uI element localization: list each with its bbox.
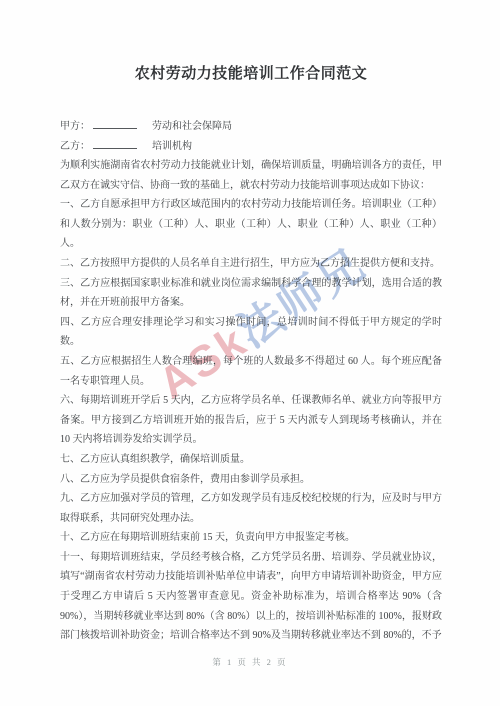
contract-clause-10: 十、乙方应在每期培训班结束前 15 天，负责向甲方申报鉴定考核。 <box>60 528 442 548</box>
contract-clause-9: 九、乙方应加强对学员的管理，乙方如发现学员有违反校纪校规的行为，应及时与甲方取得… <box>60 489 442 528</box>
party-a-row: 甲方：劳动和社会保障局 <box>60 117 442 137</box>
party-b-blank-line <box>93 138 137 149</box>
party-b-label: 乙方： <box>60 141 90 152</box>
party-a-blank-line <box>93 118 137 129</box>
document-title: 农村劳动力技能培训工作合同范文 <box>60 64 442 84</box>
contract-clause-1: 一、乙方自愿承担甲方行政区域范围内的农村劳动力技能培训任务。培训职业（工种）和人… <box>60 195 442 254</box>
contract-preamble: 为顺利实施湖南省农村劳动力技能就业计划，确保培训质量，明确培训各方的责任，甲乙双… <box>60 156 442 195</box>
contract-clause-5: 五、乙方应根据招生人数合理编班，每个班的人数最多不得超过 60 人。每个班应配备… <box>60 352 442 391</box>
contract-body: 为顺利实施湖南省农村劳动力技能就业计划，确保培训质量，明确培训各方的责任，甲乙双… <box>60 156 442 646</box>
party-a-label: 甲方： <box>60 121 90 132</box>
party-a-value: 劳动和社会保障局 <box>152 121 232 132</box>
contract-clause-3: 三、乙方应根据国家职业标准和就业岗位需求编制科学合理的教学计划，选用合适的教材，… <box>60 274 442 313</box>
contract-clause-6: 六、每期培训班开学后 5 天内，乙方应将学员名单、任课教师名单、就业方向等报甲方… <box>60 391 442 450</box>
party-b-row: 乙方：培训机构 <box>60 137 442 157</box>
contract-clause-7: 七、乙方应认真组织教学，确保培训质量。 <box>60 450 442 470</box>
page-number-footer: 第 1 页 共 2 页 <box>0 656 500 668</box>
contract-clause-8: 八、乙方应为学员提供食宿条件，费用由参训学员承担。 <box>60 470 442 490</box>
contract-clause-11: 十一、每期培训班结束，学员经考核合格，乙方凭学员名册、培训券、学员就业协议，填写… <box>60 548 442 646</box>
document-page: ASk法师兄 农村劳动力技能培训工作合同范文 甲方：劳动和社会保障局 乙方：培训… <box>0 0 500 706</box>
contract-clause-2: 二、乙方按照甲方提供的人员名单自主进行招生，甲方应为乙方招生提供方便和支持。 <box>60 254 442 274</box>
contract-clause-4: 四、乙方应合理安排理论学习和实习操作时间，总培训时间不得低于甲方规定的学时数。 <box>60 313 442 352</box>
document-content: 农村劳动力技能培训工作合同范文 甲方：劳动和社会保障局 乙方：培训机构 为顺利实… <box>0 0 500 646</box>
party-b-value: 培训机构 <box>152 141 192 152</box>
